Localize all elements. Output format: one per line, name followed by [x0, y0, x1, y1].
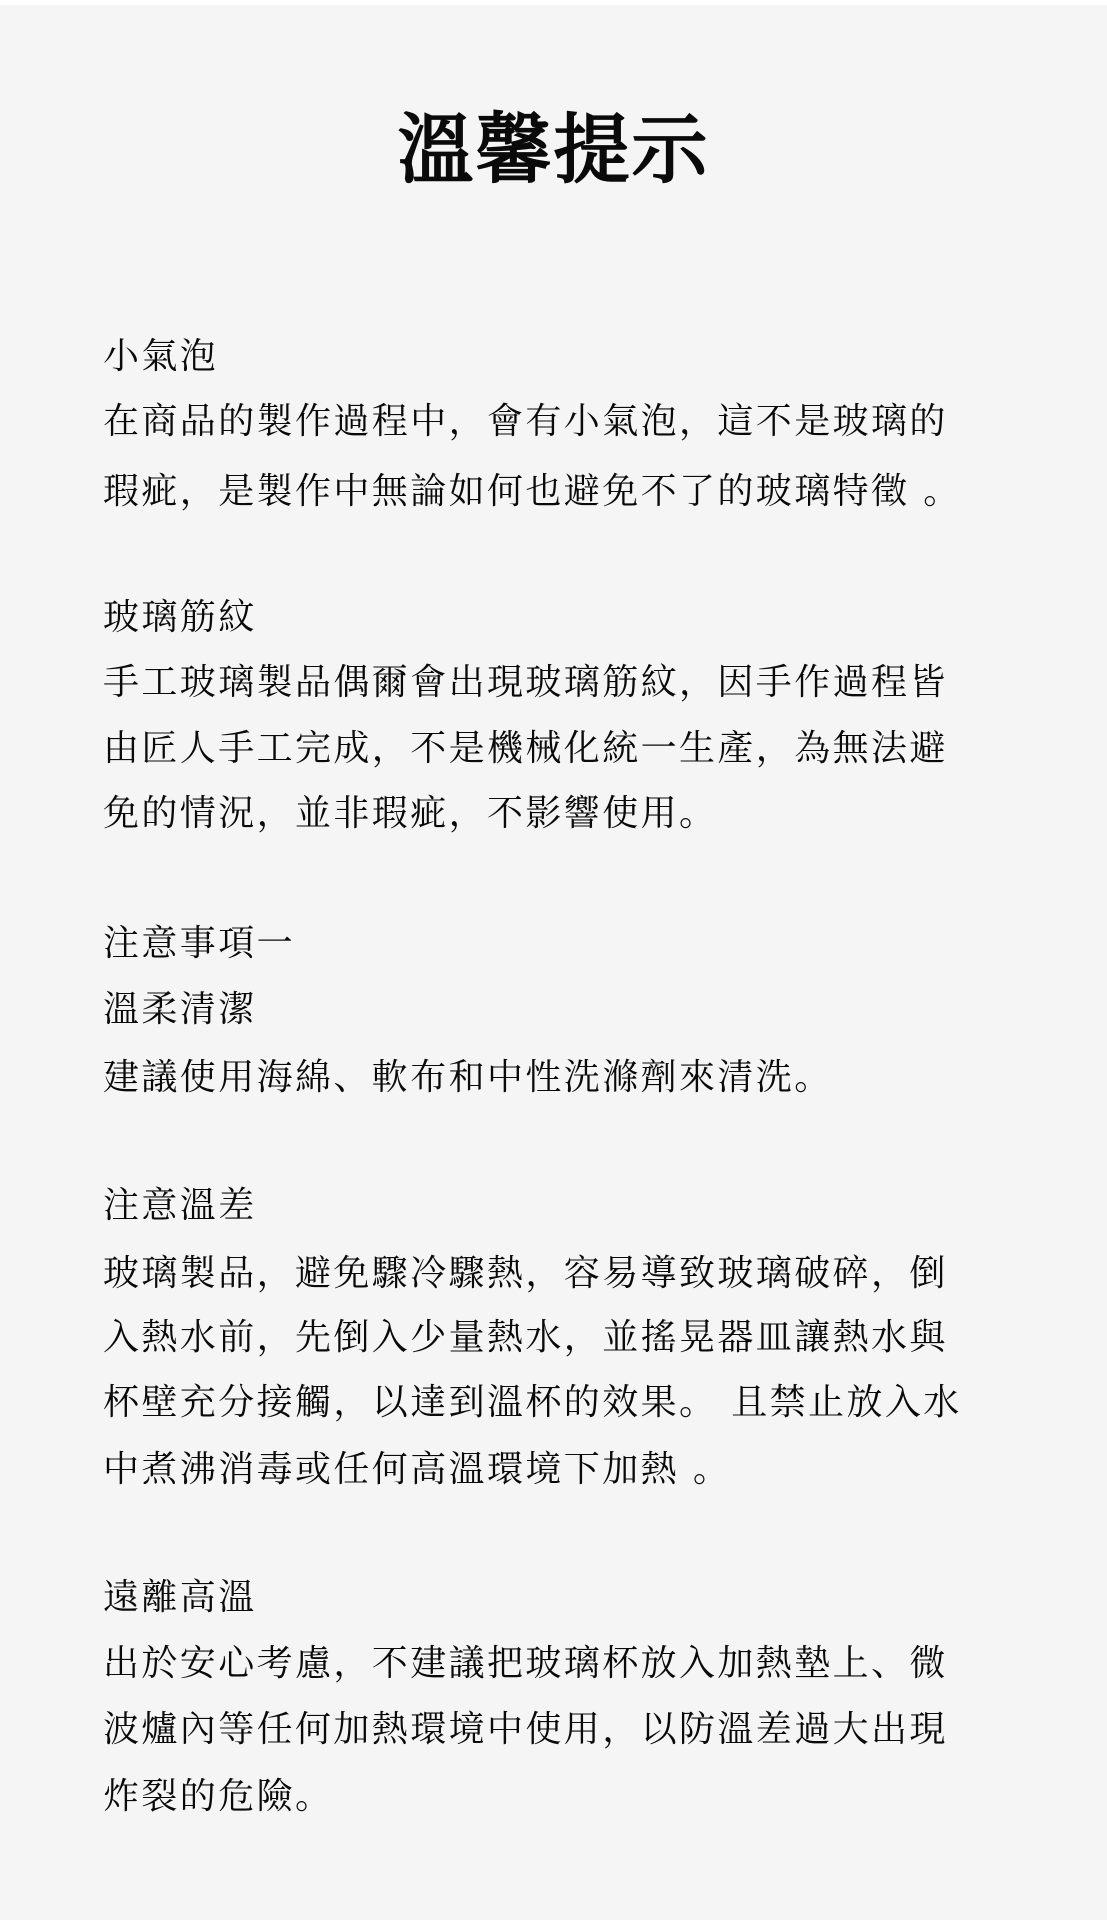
section-text: 手工玻璃製品偶爾會出現玻璃筋紋，因手作過程皆	[103, 661, 948, 705]
section-text: 中煮沸消毒或任何高溫環境下加熱 。	[103, 1448, 731, 1492]
section-subheading-gentle-cleaning: 溫柔清潔	[103, 988, 257, 1032]
section-heading-avoid-heat: 遠離高溫	[103, 1576, 257, 1620]
section-heading-bubbles: 小氣泡	[103, 335, 218, 379]
section-text: 杯壁充分接觸，以達到溫杯的效果。 且禁止放入水	[103, 1381, 962, 1425]
section-text: 炸裂的危險。	[103, 1775, 333, 1819]
page-title: 溫馨提示	[0, 105, 1107, 195]
section-text: 由匠人手工完成，不是機械化統一生產，為無法避	[103, 727, 948, 771]
section-text: 入熱水前，先倒入少量熱水，並搖晃器皿讓熱水與	[103, 1316, 948, 1360]
section-text: 免的情況，並非瑕疵，不影響使用。	[103, 792, 717, 836]
section-text: 建議使用海綿、軟布和中性洗滌劑來清洗。	[103, 1056, 833, 1100]
section-text: 出於安心考慮，不建議把玻璃杯放入加熱墊上、微	[103, 1642, 948, 1686]
section-text: 玻璃製品，避免驟冷驟熱，容易導致玻璃破碎，倒	[103, 1252, 948, 1296]
section-heading-notice-one: 注意事項一	[103, 922, 295, 966]
notice-page: 溫馨提示 小氣泡 在商品的製作過程中，會有小氣泡，這不是玻璃的 瑕疵，是製作中無…	[0, 5, 1107, 1920]
section-text: 波爐內等任何加熱環境中使用，以防溫差過大出現	[103, 1708, 948, 1752]
section-heading-glass-lines: 玻璃筋紋	[103, 596, 257, 640]
section-text: 在商品的製作過程中，會有小氣泡，這不是玻璃的	[103, 400, 948, 444]
section-heading-temperature-difference: 注意溫差	[103, 1184, 257, 1228]
section-text: 瑕疵，是製作中無論如何也避免不了的玻璃特徵 。	[103, 470, 962, 514]
